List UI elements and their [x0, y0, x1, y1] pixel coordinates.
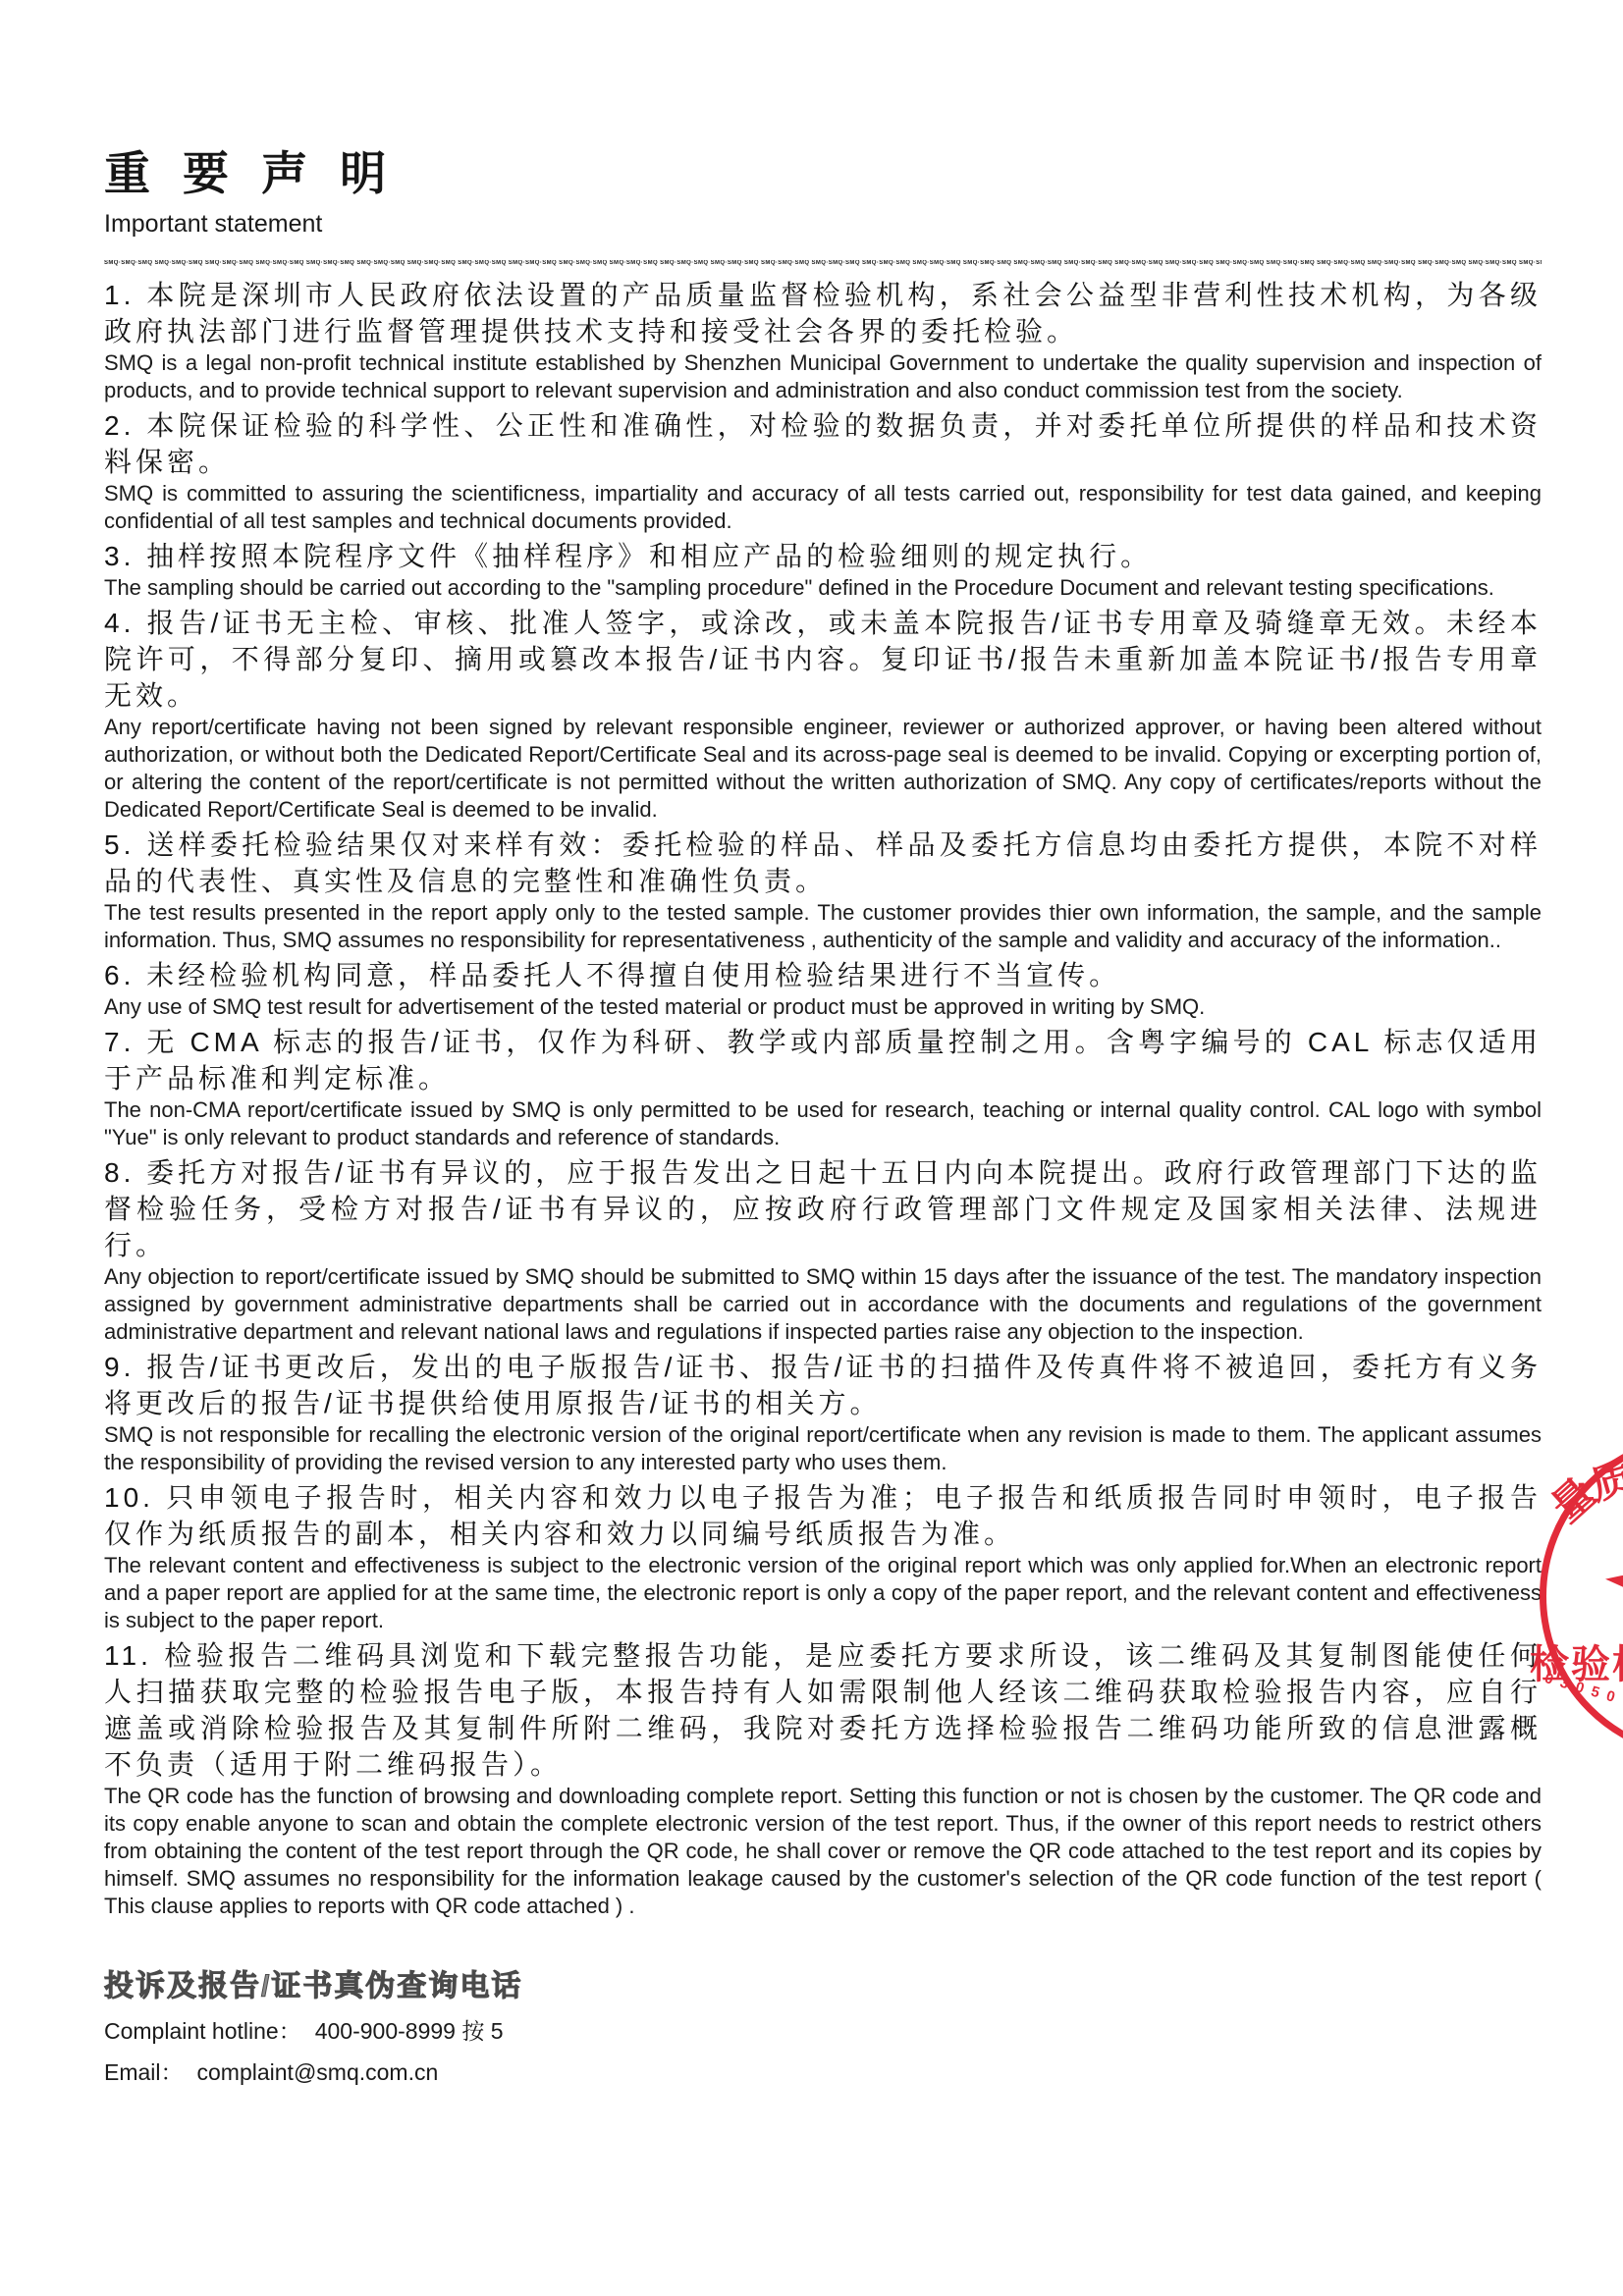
- statement-zh: 4. 报告/证书无主检、审核、批准人签字，或涂改，或未盖本院报告/证书专用章及骑…: [104, 605, 1542, 714]
- statement-en: The QR code has the function of browsing…: [104, 1783, 1542, 1920]
- statement-zh: 5. 送样委托检验结果仅对来样有效：委托检验的样品、样品及委托方信息均由委托方提…: [104, 827, 1542, 899]
- statement-zh: 2. 本院保证检验的科学性、公正性和准确性，对检验的数据负责，并对委托单位所提供…: [104, 407, 1542, 480]
- statement-zh: 1. 本院是深圳市人民政府依法设置的产品质量监督检验机构，系社会公益型非营利性技…: [104, 277, 1542, 349]
- statement-en: The test results presented in the report…: [104, 899, 1542, 954]
- statements-list: 1. 本院是深圳市人民政府依法设置的产品质量监督检验机构，系社会公益型非营利性技…: [104, 277, 1542, 1920]
- hotline-line: Complaint hotline：400-900-8999 按 5: [104, 2013, 1542, 2046]
- statement-zh: 10. 只申领电子报告时，相关内容和效力以电子报告为准；电子报告和纸质报告同时申…: [104, 1479, 1542, 1552]
- statement-en: SMQ is not responsible for recalling the…: [104, 1421, 1542, 1476]
- statement-en: Any report/certificate having not been s…: [104, 714, 1542, 824]
- statement-zh: 9. 报告/证书更改后，发出的电子版报告/证书、报告/证书的扫描件及传真件将不被…: [104, 1349, 1542, 1421]
- hotline-label: Complaint hotline：: [104, 2018, 301, 2044]
- statement-zh: 7. 无 CMA 标志的报告/证书，仅作为科研、教学或内部质量控制之用。含粤字编…: [104, 1024, 1542, 1096]
- divider-line: SMQ·SMQ·SMQ SMQ·SMQ·SMQ SMQ·SMQ·SMQ SMQ·…: [104, 260, 1542, 269]
- statement-zh: 11. 检验报告二维码具浏览和下载完整报告功能，是应委托方要求所设，该二维码及其…: [104, 1637, 1542, 1783]
- statement-en: The non-CMA report/certificate issued by…: [104, 1096, 1542, 1151]
- email-label: Email：: [104, 2059, 184, 2085]
- statement-en: Any objection to report/certificate issu…: [104, 1263, 1542, 1346]
- hotline-value: 400-900-8999 按 5: [315, 2018, 504, 2044]
- page-subtitle: Important statement: [104, 210, 1542, 239]
- statement-en: Any use of SMQ test result for advertise…: [104, 993, 1542, 1021]
- statement-en: SMQ is a legal non-profit technical inst…: [104, 349, 1542, 404]
- complaint-heading: 投诉及报告/证书真伪查询电话: [104, 1961, 1542, 2004]
- email-line: Email：complaint@smq.com.cn: [104, 2055, 1542, 2087]
- red-seal-stamp: ★ 量 质 检验检测 03050: [1540, 1433, 1623, 1759]
- statement-en: The sampling should be carried out accor…: [104, 574, 1542, 602]
- statement-en: SMQ is committed to assuring the scienti…: [104, 480, 1542, 535]
- statement-zh: 6. 未经检验机构同意，样品委托人不得擅自使用检验结果进行不当宣传。: [104, 957, 1542, 993]
- footer: 投诉及报告/证书真伪查询电话 Complaint hotline：400-900…: [104, 1961, 1542, 2087]
- important-statement-page: 重 要 声 明 Important statement SMQ·SMQ·SMQ …: [0, 0, 1623, 2296]
- statement-zh: 3. 抽样按照本院程序文件《抽样程序》和相应产品的检验细则的规定执行。: [104, 538, 1542, 574]
- statement-en: The relevant content and effectiveness i…: [104, 1552, 1542, 1634]
- page-title: 重 要 声 明: [104, 147, 1542, 200]
- document-content: 重 要 声 明 Important statement SMQ·SMQ·SMQ …: [104, 147, 1542, 2087]
- statement-zh: 8. 委托方对报告/证书有异议的，应于报告发出之日起十五日内向本院提出。政府行政…: [104, 1154, 1542, 1263]
- email-value: complaint@smq.com.cn: [197, 2059, 439, 2085]
